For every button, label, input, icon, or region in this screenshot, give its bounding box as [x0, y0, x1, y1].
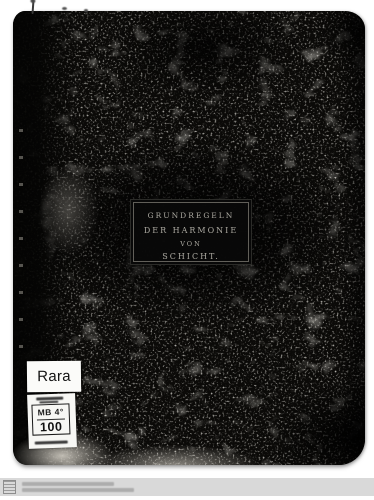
- shelfmark-sticker: MB 4° 100: [27, 393, 77, 449]
- shelfmark-prefix: MB 4°: [37, 407, 64, 418]
- shelfmark-box: MB 4° 100: [31, 403, 70, 435]
- rara-sticker: Rara: [27, 361, 81, 393]
- sticker-microtext: [35, 440, 68, 444]
- sticker-microtext: [39, 400, 58, 403]
- rara-label: Rara: [37, 368, 71, 385]
- watermark-text-line: [22, 482, 114, 486]
- title-line: DER HARMONIE: [131, 226, 251, 235]
- sticker-microtext: [36, 397, 63, 400]
- watermark-text-line: [22, 488, 134, 492]
- scan-speck: [84, 9, 88, 12]
- title-line: VON: [131, 240, 251, 248]
- scan-page: GRUNDREGELN DER HARMONIE VON SCHICHT. Ra…: [0, 0, 374, 500]
- scan-speck: [62, 7, 67, 10]
- library-logo-icon: [3, 480, 16, 494]
- cover-title-label: GRUNDREGELN DER HARMONIE VON SCHICHT.: [130, 199, 252, 265]
- title-line: SCHICHT.: [131, 252, 251, 261]
- shelfmark-number: 100: [40, 420, 63, 435]
- digitization-watermark-bar: [0, 478, 374, 496]
- title-line: GRUNDREGELN: [131, 211, 251, 220]
- spine-stitch-marks: [19, 129, 23, 364]
